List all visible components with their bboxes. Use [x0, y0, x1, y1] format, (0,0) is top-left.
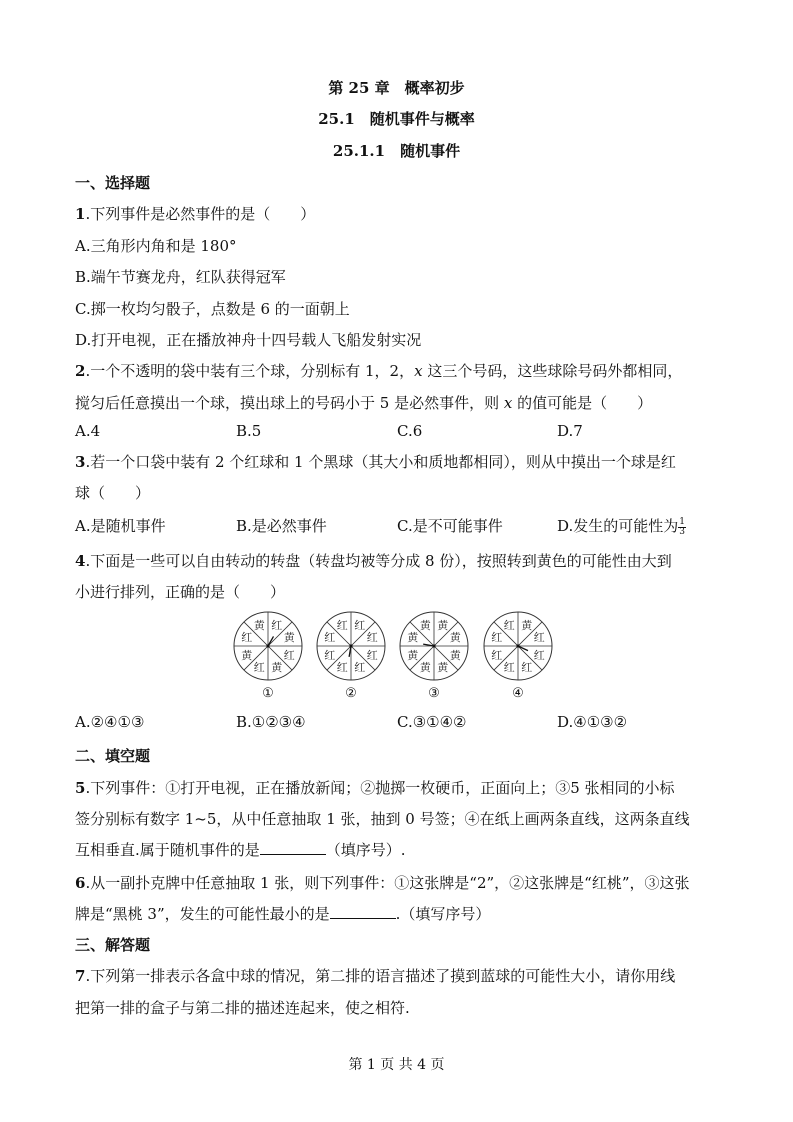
option-d: D.7	[557, 422, 583, 440]
option-c: C.是不可能事件	[397, 515, 503, 536]
option-b: B.是必然事件	[236, 515, 327, 536]
svg-text:红: 红	[491, 631, 502, 644]
option-b: B.①②③④	[236, 713, 306, 731]
section-heading-choice: 一、选择题	[75, 172, 150, 193]
question-5-line-3: 互相垂直.属于随机事件的是（填序号）.	[75, 839, 406, 860]
question-number: 7	[75, 967, 85, 985]
question-7-line-2: 把第一排的盒子与第二排的描述连起来，使之相符.	[75, 997, 410, 1018]
spinner-3-label: ③	[398, 686, 470, 701]
section-title: 25.1 随机事件与概率	[0, 108, 793, 129]
question-2-line-1: 2.一个不透明的袋中装有三个球，分别标有 1，2，x 这三个号码，这些球除号码外…	[75, 360, 682, 381]
spinner-3-wheel: 黄黄黄黄黄黄黄黄	[398, 610, 470, 682]
spinner-figures: 红黄红黄红黄红黄 ① 红红红红红红红红 ② 黄黄黄黄黄黄黄黄 ③ 黄红红红红红红…	[232, 610, 562, 705]
svg-text:红: 红	[254, 661, 265, 674]
variable-x: x	[414, 362, 422, 380]
question-text: 的值可能是（ ）	[512, 394, 652, 412]
question-3-line-2: 球（ ）	[75, 482, 150, 503]
question-1-option-d: D.打开电视，正在播放神舟十四号载人飞船发射实况	[75, 329, 421, 350]
option-a: A.是随机事件	[75, 515, 166, 536]
svg-text:红: 红	[491, 649, 502, 662]
svg-text:黄: 黄	[450, 648, 462, 662]
svg-text:红: 红	[534, 649, 545, 662]
question-text: 搅匀后任意摸出一个球，摸出球上的号码小于 5 是必然事件，则	[75, 394, 504, 412]
svg-text:黄: 黄	[271, 660, 283, 674]
svg-text:红: 红	[354, 619, 365, 632]
svg-text:红: 红	[504, 619, 515, 632]
question-2-line-2: 搅匀后任意摸出一个球，摸出球上的号码小于 5 是必然事件，则 x 的值可能是（ …	[75, 392, 652, 413]
section-heading-answer: 三、解答题	[75, 934, 150, 955]
svg-text:红: 红	[324, 649, 335, 662]
question-number: 3	[75, 453, 85, 471]
question-text: .一个不透明的袋中装有三个球，分别标有 1，2，	[85, 362, 414, 380]
answer-blank[interactable]	[260, 840, 326, 855]
spinner-4-label: ④	[482, 686, 554, 701]
question-number: 2	[75, 362, 85, 380]
svg-text:黄: 黄	[284, 630, 296, 644]
svg-text:黄: 黄	[420, 660, 432, 674]
question-5-line-2: 签分别标有数字 1~5，从中任意抽取 1 张，抽到 0 号签；④在纸上画两条直线…	[75, 808, 690, 829]
question-number: 5	[75, 779, 85, 797]
option-c: C.6	[397, 422, 422, 440]
svg-text:黄: 黄	[437, 618, 449, 632]
option-a: A.4	[75, 422, 100, 440]
question-6-line-1: 6.从一副扑克牌中任意抽取 1 张，则下列事件：①这张牌是“2”，②这张牌是“红…	[75, 872, 690, 893]
option-d: D.④①③②	[557, 713, 627, 731]
svg-text:黄: 黄	[407, 648, 419, 662]
question-4-line-2: 小进行排列，正确的是（ ）	[75, 581, 285, 602]
spinner-4: 黄红红红红红红红 ④	[482, 610, 562, 705]
question-text: .下列事件是必然事件的是（ ）	[85, 205, 315, 223]
svg-text:红: 红	[284, 649, 295, 662]
svg-text:红: 红	[271, 619, 282, 632]
svg-text:黄: 黄	[254, 618, 266, 632]
option-b: B.5	[236, 422, 261, 440]
spinner-1: 红黄红黄红黄红黄 ①	[232, 610, 312, 705]
page-footer: 第 1 页 共 4 页	[0, 1054, 793, 1074]
question-1-option-a: A.三角形内角和是 180°	[75, 235, 237, 256]
spinner-2-label: ②	[315, 686, 387, 701]
fraction-one-third: 13	[678, 518, 686, 537]
question-text: （填序号）.	[326, 841, 406, 859]
question-1-option-b: B.端午节赛龙舟，红队获得冠军	[75, 266, 286, 287]
question-text: 互相垂直.属于随机事件的是	[75, 841, 260, 859]
question-7-line-1: 7.下列第一排表示各盒中球的情况，第二排的语言描述了摸到蓝球的可能性大小，请你用…	[75, 965, 675, 986]
option-d: D.发生的可能性为13	[557, 515, 686, 537]
document-page: 第 25 章 概率初步 25.1 随机事件与概率 25.1.1 随机事件 一、选…	[0, 0, 793, 1122]
svg-text:黄: 黄	[407, 630, 419, 644]
question-text: .若一个口袋中装有 2 个红球和 1 个黑球（其大小和质地都相同），则从中摸出一…	[85, 453, 675, 471]
subsection-title: 25.1.1 随机事件	[0, 140, 793, 161]
fraction-denominator: 3	[678, 528, 686, 537]
question-number: 4	[75, 552, 85, 570]
question-text: 这三个号码，这些球除号码外都相同，	[423, 362, 683, 380]
question-number: 1	[75, 205, 85, 223]
svg-text:黄: 黄	[521, 618, 533, 632]
question-6-line-2: 牌是“黑桃 3”，发生的可能性最小的是.（填写序号）	[75, 903, 490, 924]
svg-text:黄: 黄	[450, 630, 462, 644]
spinner-4-wheel: 黄红红红红红红红	[482, 610, 554, 682]
option-d-text: D.发生的可能性为	[557, 517, 678, 535]
svg-text:红: 红	[367, 631, 378, 644]
svg-text:红: 红	[241, 631, 252, 644]
svg-text:红: 红	[521, 661, 532, 674]
svg-text:红: 红	[324, 631, 335, 644]
answer-blank[interactable]	[330, 904, 396, 919]
svg-text:红: 红	[504, 661, 515, 674]
option-c: C.③①④②	[397, 713, 467, 731]
svg-text:黄: 黄	[420, 618, 432, 632]
spinner-2: 红红红红红红红红 ②	[315, 610, 395, 705]
question-3-line-1: 3.若一个口袋中装有 2 个红球和 1 个黑球（其大小和质地都相同），则从中摸出…	[75, 451, 676, 472]
question-text: .下面是一些可以自由转动的转盘（转盘均被等分成 8 份），按照转到黄色的可能性由…	[85, 552, 671, 570]
question-text: 牌是“黑桃 3”，发生的可能性最小的是	[75, 905, 330, 923]
svg-text:红: 红	[337, 619, 348, 632]
question-4-line-1: 4.下面是一些可以自由转动的转盘（转盘均被等分成 8 份），按照转到黄色的可能性…	[75, 550, 672, 571]
spinner-2-wheel: 红红红红红红红红	[315, 610, 387, 682]
spinner-1-label: ①	[232, 686, 304, 701]
svg-text:黄: 黄	[241, 648, 253, 662]
question-1-stem: 1.下列事件是必然事件的是（ ）	[75, 203, 315, 224]
question-text: .（填写序号）	[396, 905, 491, 923]
spinner-3: 黄黄黄黄黄黄黄黄 ③	[398, 610, 478, 705]
svg-text:红: 红	[367, 649, 378, 662]
svg-text:红: 红	[337, 661, 348, 674]
svg-text:红: 红	[354, 661, 365, 674]
question-number: 6	[75, 874, 85, 892]
question-text: .下列事件：①打开电视，正在播放新闻；②抛掷一枚硬币，正面向上；③5 张相同的小…	[85, 779, 674, 797]
question-text: .下列第一排表示各盒中球的情况，第二排的语言描述了摸到蓝球的可能性大小，请你用线	[85, 967, 675, 985]
section-heading-fill: 二、填空题	[75, 745, 150, 766]
chapter-title: 第 25 章 概率初步	[0, 77, 793, 98]
fraction-numerator: 1	[678, 518, 686, 528]
option-a: A.②④①③	[75, 713, 144, 731]
question-1-option-c: C.掷一枚均匀骰子，点数是 6 的一面朝上	[75, 298, 350, 319]
svg-text:黄: 黄	[437, 660, 449, 674]
question-5-line-1: 5.下列事件：①打开电视，正在播放新闻；②抛掷一枚硬币，正面向上；③5 张相同的…	[75, 777, 675, 798]
spinner-1-wheel: 红黄红黄红黄红黄	[232, 610, 304, 682]
question-text: .从一副扑克牌中任意抽取 1 张，则下列事件：①这张牌是“2”，②这张牌是“红桃…	[85, 874, 689, 892]
svg-text:红: 红	[534, 631, 545, 644]
